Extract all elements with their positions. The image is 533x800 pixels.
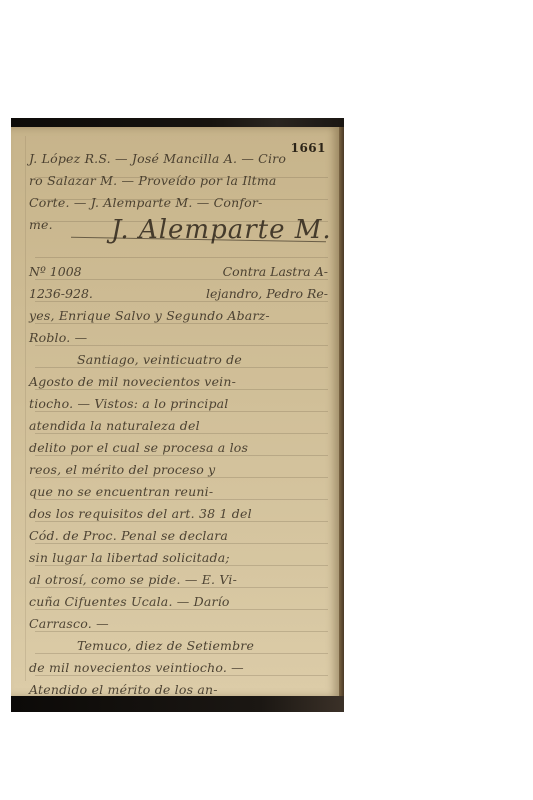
scanned-page-photo: 1661 J. López R.S. — José Mancilla A. — … — [11, 118, 344, 712]
ruled-line — [35, 653, 328, 654]
ruled-line — [35, 675, 328, 676]
book-spine-edge — [339, 127, 344, 707]
ruled-line — [35, 499, 328, 500]
ruled-line — [35, 323, 328, 324]
binding-bottom-edge — [11, 696, 344, 712]
ruled-line — [35, 257, 328, 258]
ruled-line — [35, 411, 328, 412]
ruled-line — [35, 565, 328, 566]
body-line: Agosto de mil novecientos vein- — [29, 374, 328, 389]
binding-top-edge — [11, 118, 344, 127]
ruled-line — [35, 279, 328, 280]
entry-number: Nº 1008 — [29, 264, 82, 279]
ruled-line — [35, 389, 328, 390]
ruled-line — [35, 587, 328, 588]
ruled-line — [35, 521, 328, 522]
body-line: delito por el cual se procesa a los — [29, 440, 328, 455]
ruled-line — [35, 433, 328, 434]
ruled-line — [35, 609, 328, 610]
body-line: tiocho. — Vistos: a lo principal — [29, 396, 328, 411]
entry-caption: Contra Lastra A- — [223, 264, 328, 279]
body-line: al otrosí, como se pide. — E. Vi- — [29, 572, 328, 587]
ruled-line — [35, 477, 328, 478]
prev-entry-line: J. López R.S. — José Mancilla A. — Ciro — [29, 151, 328, 166]
body-line: Carrasco. — — [29, 616, 328, 631]
body-line: de mil novecientos veintiocho. — — [29, 660, 328, 675]
left-margin-line — [25, 136, 26, 681]
ruled-line — [35, 345, 328, 346]
body-line: dos los requisitos del art. 38 1 del — [29, 506, 328, 521]
ruled-line — [35, 631, 328, 632]
body-line: que no se encuentran reuni- — [29, 484, 328, 499]
ruled-line — [35, 543, 328, 544]
body-line: Santiago, veinticuatro de — [29, 352, 328, 367]
ledger-page: 1661 J. López R.S. — José Mancilla A. — … — [11, 127, 340, 697]
ruled-line — [35, 301, 328, 302]
body-line: Temuco, diez de Setiembre — [29, 638, 328, 653]
body-line: Atendido el mérito de los an- — [29, 682, 328, 697]
body-line: atendida la naturaleza del — [29, 418, 328, 433]
body-line: Cód. de Proc. Penal se declara — [29, 528, 328, 543]
entry-caption-line: yes, Enrique Salvo y Segundo Abarz- — [29, 308, 328, 323]
case-reference: 1236-928. — [29, 286, 93, 301]
ruled-line — [35, 367, 328, 368]
ruled-line — [35, 455, 328, 456]
entry-caption-line: Roblo. — — [29, 330, 328, 345]
body-line: cuña Cifuentes Ucala. — Darío — [29, 594, 328, 609]
prev-entry-line: Corte. — J. Alempartе M. — Confor- — [29, 195, 328, 210]
body-line: reos, el mérito del proceso y — [29, 462, 328, 477]
prev-entry-line: ro Salazar M. — Proveído por la Iltma — [29, 173, 328, 188]
body-line: sin lugar la libertad solicitada; — [29, 550, 328, 565]
entry-caption: lejandro, Pedro Re- — [206, 286, 328, 301]
